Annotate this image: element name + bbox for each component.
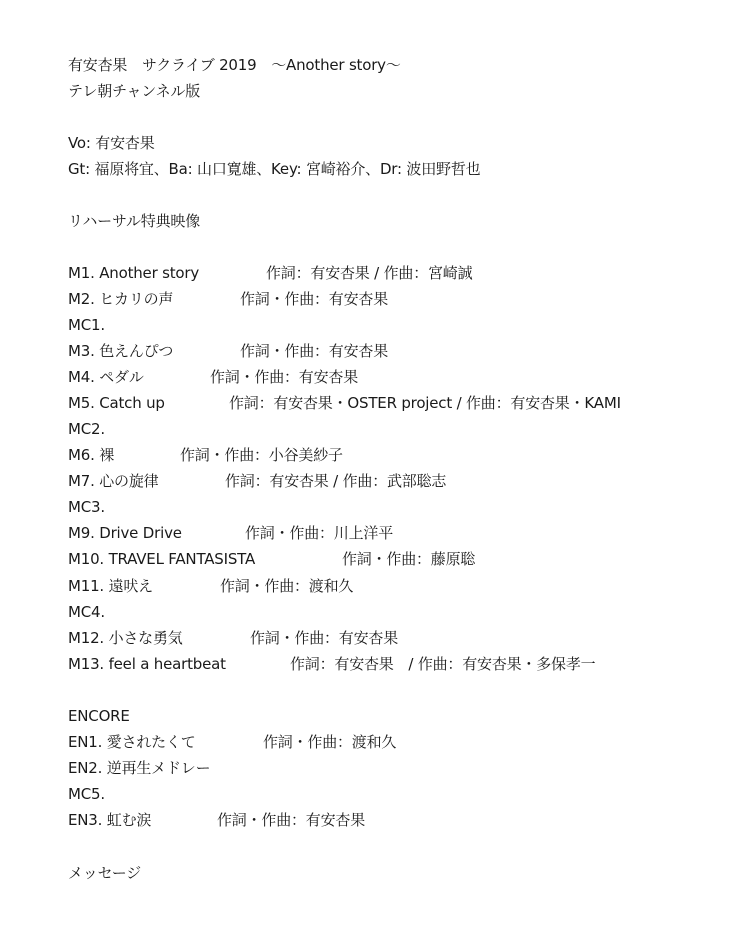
- track-label: M2. ヒカリの声: [68, 290, 173, 308]
- track-credit: 作詞・作曲：有安杏果: [210, 366, 358, 388]
- track-credit: 作詞：有安杏果 / 作曲：武部聡志: [225, 470, 446, 492]
- track-credit: 作詞・作曲：小谷美紗子: [180, 444, 343, 466]
- track-label: EN3. 虹む涙: [68, 811, 151, 829]
- track-credit: 作詞・作曲：藤原聡: [342, 548, 475, 570]
- track-credit: 作詞・作曲：渡和久: [220, 575, 353, 597]
- track-label: MC4.: [68, 603, 105, 621]
- page-title: 有安杏果 サクライブ 2019 ～Another story～: [68, 54, 401, 76]
- setlist-row: MC3.: [68, 496, 105, 518]
- track-label: M6. 裸: [68, 446, 114, 464]
- track-label: MC2.: [68, 420, 105, 438]
- setlist-row: M9. Drive Drive作詞・作曲：川上洋平: [68, 522, 182, 544]
- track-label: M5. Catch up: [68, 394, 165, 412]
- setlist-row: MC4.: [68, 601, 105, 623]
- track-credit: 作詞・作曲：渡和久: [263, 731, 396, 753]
- track-label: MC5.: [68, 785, 105, 803]
- message-label: メッセージ: [68, 862, 141, 884]
- vocal-credit: Vo: 有安杏果: [68, 132, 155, 154]
- setlist-row: M5. Catch up作詞：有安杏果・OSTER project / 作曲：有…: [68, 392, 165, 414]
- setlist-row: M4. ペダル作詞・作曲：有安杏果: [68, 366, 144, 388]
- track-credit: 作詞・作曲：有安杏果: [217, 809, 365, 831]
- setlist-row: M7. 心の旋律作詞：有安杏果 / 作曲：武部聡志: [68, 470, 158, 492]
- track-label: MC3.: [68, 498, 105, 516]
- track-label: M3. 色えんぴつ: [68, 342, 173, 360]
- track-credit: 作詞：有安杏果・OSTER project / 作曲：有安杏果・KAMI: [229, 392, 621, 414]
- track-label: MC1.: [68, 316, 105, 334]
- band-credit: Gt: 福原将宜、Ba: 山口寛雄、Key: 宮崎裕介、Dr: 波田野哲也: [68, 158, 480, 180]
- setlist-row: M3. 色えんぴつ作詞・作曲：有安杏果: [68, 340, 173, 362]
- encore-row: EN3. 虹む涙作詞・作曲：有安杏果: [68, 809, 151, 831]
- track-label: M10. TRAVEL FANTASISTA: [68, 550, 255, 568]
- setlist-row: M6. 裸作詞・作曲：小谷美紗子: [68, 444, 114, 466]
- track-credit: 作詞・作曲：川上洋平: [245, 522, 393, 544]
- setlist-row: M1. Another story作詞：有安杏果 / 作曲：宮崎誠: [68, 262, 199, 284]
- track-label: EN2. 逆再生メドレー: [68, 759, 210, 777]
- track-label: M11. 遠吠え: [68, 577, 153, 595]
- encore-row: EN1. 愛されたくて作詞・作曲：渡和久: [68, 731, 196, 753]
- track-label: M7. 心の旋律: [68, 472, 158, 490]
- encore-row: MC5.: [68, 783, 105, 805]
- track-credit: 作詞：有安杏果 / 作曲：宮崎誠: [266, 262, 472, 284]
- track-credit: 作詞・作曲：有安杏果: [240, 288, 388, 310]
- encore-heading: ENCORE: [68, 705, 130, 727]
- setlist-row: MC2.: [68, 418, 105, 440]
- track-label: M1. Another story: [68, 264, 199, 282]
- track-credit: 作詞・作曲：有安杏果: [250, 627, 398, 649]
- track-label: M13. feel a heartbeat: [68, 655, 226, 673]
- encore-row: EN2. 逆再生メドレー: [68, 757, 210, 779]
- track-label: M9. Drive Drive: [68, 524, 182, 542]
- setlist-row: M10. TRAVEL FANTASISTA作詞・作曲：藤原聡: [68, 548, 255, 570]
- bonus-label: リハーサル特典映像: [68, 210, 200, 232]
- track-label: M12. 小さな勇気: [68, 629, 183, 647]
- setlist-row: M12. 小さな勇気作詞・作曲：有安杏果: [68, 627, 183, 649]
- setlist-row: M13. feel a heartbeat作詞：有安杏果 / 作曲：有安杏果・多…: [68, 653, 226, 675]
- setlist-row: M2. ヒカリの声作詞・作曲：有安杏果: [68, 288, 173, 310]
- setlist-row: MC1.: [68, 314, 105, 336]
- track-credit: 作詞：有安杏果 / 作曲：有安杏果・多保孝一: [290, 653, 595, 675]
- setlist-row: M11. 遠吠え作詞・作曲：渡和久: [68, 575, 153, 597]
- page-subtitle: テレ朝チャンネル版: [68, 80, 200, 102]
- track-credit: 作詞・作曲：有安杏果: [240, 340, 388, 362]
- track-label: M4. ペダル: [68, 368, 144, 386]
- track-label: EN1. 愛されたくて: [68, 733, 196, 751]
